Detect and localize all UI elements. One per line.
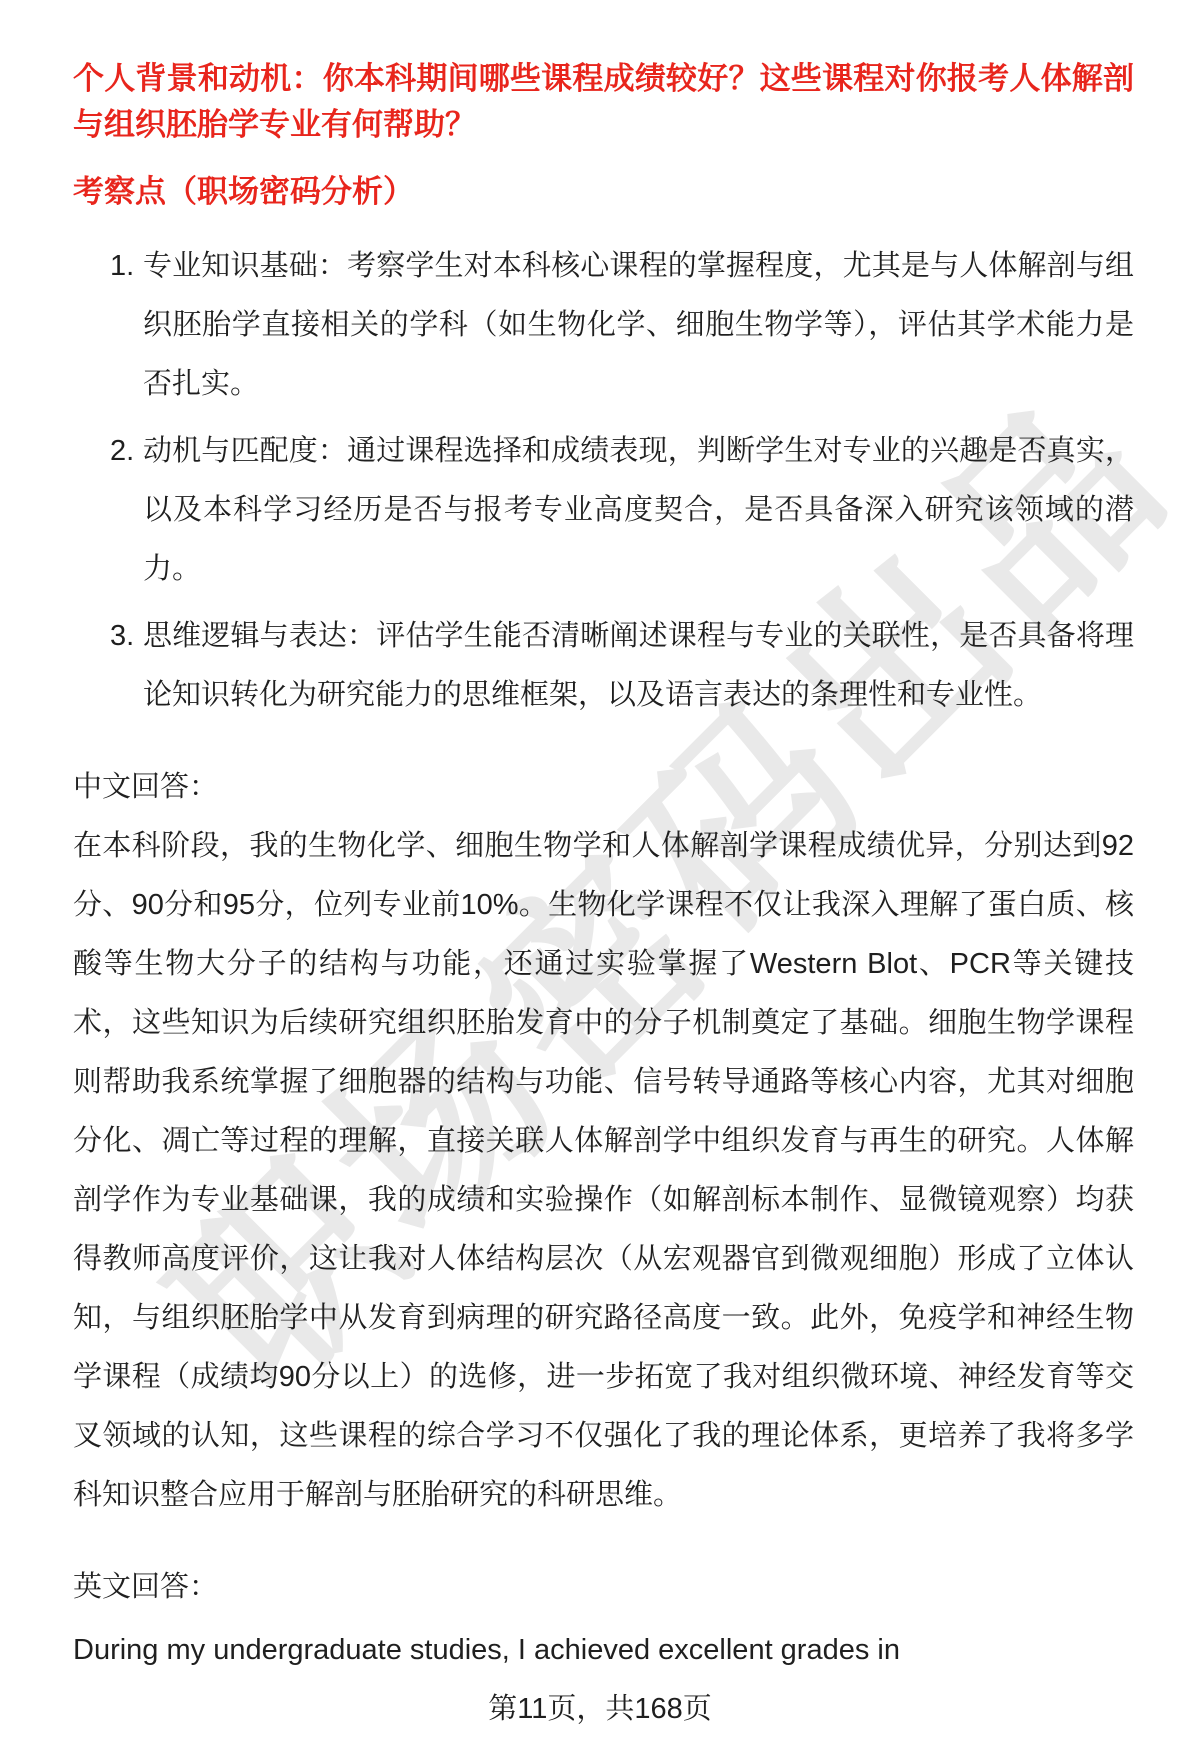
question-title: 个人背景和动机：你本科期间哪些课程成绩较好？这些课程对你报考人体解剖与组织胚胎学… — [73, 56, 1134, 148]
page-content: 个人背景和动机：你本科期间哪些课程成绩较好？这些课程对你报考人体解剖与组织胚胎学… — [0, 56, 1200, 1680]
chinese-answer-label: 中文回答： — [73, 758, 1134, 817]
page-number-indicator: 第11页，共168页 — [0, 1680, 1200, 1739]
list-item-text: 专业知识基础：考察学生对本科核心课程的掌握程度，尤其是与人体解剖与组织胚胎学直接… — [143, 237, 1134, 414]
list-item-number: 3. — [73, 607, 143, 666]
list-item-number: 2. — [73, 422, 143, 481]
chinese-answer-text: 在本科阶段，我的生物化学、细胞生物学和人体解剖学课程成绩优异，分别达到92分、9… — [73, 817, 1134, 1525]
english-answer-text: During my undergraduate studies, I achie… — [73, 1621, 1134, 1680]
analysis-section-heading: 考察点（职场密码分析） — [73, 169, 1134, 215]
list-item-text: 动机与匹配度：通过课程选择和成绩表现，判断学生对专业的兴趣是否真实，以及本科学习… — [143, 422, 1134, 599]
list-item: 2. 动机与匹配度：通过课程选择和成绩表现，判断学生对专业的兴趣是否真实，以及本… — [73, 422, 1134, 599]
document-page: 职场密码出品 个人背景和动机：你本科期间哪些课程成绩较好？这些课程对你报考人体解… — [0, 0, 1200, 1755]
english-answer-label: 英文回答： — [73, 1558, 1134, 1617]
analysis-points-list: 1. 专业知识基础：考察学生对本科核心课程的掌握程度，尤其是与人体解剖与组织胚胎… — [73, 237, 1134, 725]
list-item-text: 思维逻辑与表达：评估学生能否清晰阐述课程与专业的关联性，是否具备将理论知识转化为… — [143, 607, 1134, 725]
list-item: 3. 思维逻辑与表达：评估学生能否清晰阐述课程与专业的关联性，是否具备将理论知识… — [73, 607, 1134, 725]
list-item-number: 1. — [73, 237, 143, 296]
list-item: 1. 专业知识基础：考察学生对本科核心课程的掌握程度，尤其是与人体解剖与组织胚胎… — [73, 237, 1134, 414]
